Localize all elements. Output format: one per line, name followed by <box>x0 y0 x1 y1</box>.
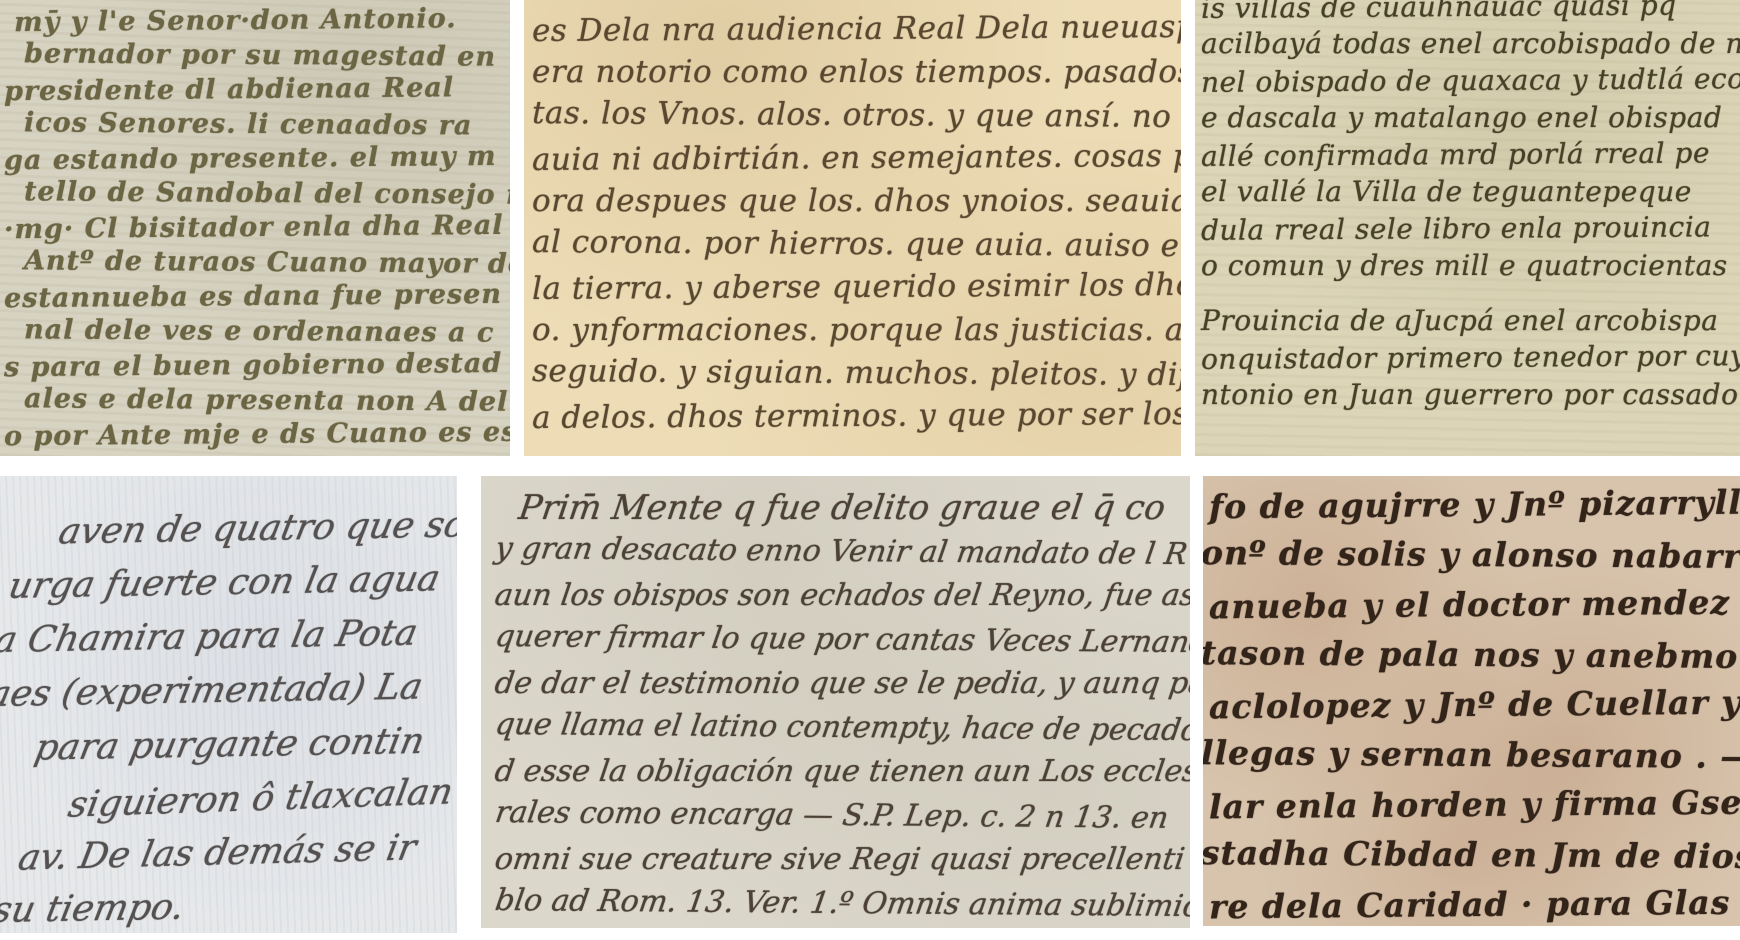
manuscript-text-line: seguido. y siguian. muchos. pleitos. y d… <box>532 350 1181 397</box>
manuscript-text-line: que llama el latino contempty, hace de p… <box>492 703 1190 753</box>
manuscript-text-line <box>1201 282 1740 304</box>
manuscript-text-line: dula rreal sele libro enla prouincia <box>1201 208 1740 249</box>
manuscript-text-line: nal dele ves e ordenanaes a c <box>24 313 510 351</box>
manuscript-text-line: blo ad Rom. 13. Ver. 1.º Omnis anima sub… <box>492 879 1190 928</box>
manuscript-text-line: ga estando presente. el muy m <box>4 140 510 179</box>
manuscript-text-line: aclolopez y Jnº de Cuellar y mjo <box>1209 678 1740 733</box>
manuscript-text-line: a delos. dhos terminos. y que por ser lo… <box>532 393 1181 440</box>
manuscript-panel-bottom-middle: Prim̄ Mente q fue delito graue el q̄ coy… <box>481 476 1190 928</box>
manuscript-text-line: Prouincia de aJucpá enel arcobispa <box>1201 302 1740 339</box>
manuscript-panel-top-left: mȳ y l'e Senor·don Antonio.bernador por … <box>0 0 510 456</box>
manuscript-text-line: el vallé la Villa de teguantepeque <box>1201 173 1740 210</box>
manuscript-text-line: acilbayá todas enel arcobispado de n <box>1201 25 1740 62</box>
manuscript-text-line: para purgante contin <box>30 714 457 775</box>
manuscript-text-line: querer firmar lo que por cantas Veces Le… <box>492 615 1190 665</box>
manuscript-text-line: tas. los Vnos. alos. otros. y que ansí. … <box>532 92 1181 139</box>
manuscript-text-line: onº de solis y alonso nabarrete <box>1203 528 1740 582</box>
manuscript-text-line: su tiempo. <box>0 876 457 933</box>
manuscript-text-line: urga fuerte con la agua <box>4 552 457 614</box>
manuscript-text-line: presidente dl abdienaa Real <box>4 71 510 110</box>
manuscript-figure-grid: mȳ y l'e Senor·don Antonio.bernador por … <box>0 0 1740 940</box>
manuscript-text-line: la tierra. y aberse querido esimir los d… <box>532 264 1181 311</box>
manuscript-text-line: is villas de cuauhnauac quasi pq <box>1201 0 1740 27</box>
manuscript-text-line: allé confirmada mrd porlá rreal pe <box>1201 134 1740 175</box>
manuscript-text-line: de dar el testimonio que se le pedia, y … <box>492 662 1190 706</box>
manuscript-text-line: aun los obispos son echados del Reyno, f… <box>492 574 1190 618</box>
manuscript-text-line: nel obispado de quaxaca y tudtlá ecos <box>1201 60 1740 101</box>
manuscript-text-line: aven de quatro que son <box>54 499 457 560</box>
manuscript-text-line: mȳ y l'e Senor·don Antonio. <box>14 2 510 41</box>
manuscript-text-line: onquistador primero tenedor por cuya <box>1201 337 1740 378</box>
manuscript-text-line: o por Ante mje e ds Cuano es este <box>4 416 510 455</box>
manuscript-text-line: e dascala y matalango enel obispad <box>1201 99 1740 136</box>
manuscript-text-line: estannueba es dana fue presen <box>4 278 510 317</box>
manuscript-text-line: rales como encarga — S.P. Lep. c. 2 n 13… <box>492 791 1190 841</box>
manuscript-text-line: lar enla horden y firma Gsepo <box>1209 778 1740 833</box>
manuscript-panel-top-middle: es Dela nra audiencia Real Dela nueuaspa… <box>524 0 1181 456</box>
manuscript-text-line: tello de Sandobal del consejo r <box>24 175 510 213</box>
manuscript-text-line: ora despues que los. dhos ynoios. seauia… <box>532 180 1181 223</box>
manuscript-text-line: a Chamira para la Pota <box>0 606 457 668</box>
manuscript-panel-bottom-left: aven de quatro que sonurga fuerte con la… <box>0 476 457 933</box>
manuscript-text-line: re dela Caridad · para Glas pso <box>1209 878 1740 926</box>
manuscript-text-line: ntonio en Juan guerrero por cassado·co <box>1201 376 1740 413</box>
manuscript-text-line: aes (experimentada) La <box>0 660 457 722</box>
manuscript-text-line: auia ni adbirtián. en semejantes. cosas … <box>532 135 1181 182</box>
manuscript-text-line: bernador por su magestad en <box>24 37 510 75</box>
manuscript-text-line: icos Senores. li cenaados ra <box>24 106 510 144</box>
manuscript-text-line: y gran desacato enno Venir al mandato de… <box>492 527 1190 577</box>
manuscript-text-line: av. De las demás se ir <box>14 820 457 885</box>
manuscript-text-line: tason de pala nos y anebmo de <box>1203 628 1740 682</box>
manuscript-text-line: d esse la obligación que tienen aun Los … <box>492 750 1190 794</box>
manuscript-text-line: es Dela nra audiencia Real Dela nueuaspa… <box>532 6 1181 53</box>
manuscript-text-line: o comun y dres mill e quatrocientas <box>1201 247 1740 284</box>
manuscript-text-line: s para el buen gobierno destad <box>4 347 510 386</box>
manuscript-text-line: era notorio como enlos tiempos. pasados.… <box>532 51 1181 94</box>
manuscript-text-line: ales e dela presenta non A del <box>24 382 510 420</box>
manuscript-text-line: anueba y el doctor mendez y <box>1209 578 1740 633</box>
manuscript-panel-top-right: is villas de cuauhnauac quasi pqacilbayá… <box>1195 0 1740 456</box>
manuscript-text-line: ·mg· Cl bisitador enla dha Real <box>4 209 510 248</box>
manuscript-panel-bottom-right: fo de agujrre y Jnº pizarryllo yonº de s… <box>1203 476 1740 926</box>
manuscript-text-line: Prim̄ Mente q fue delito graue el q̄ co <box>516 486 1190 530</box>
manuscript-text-line: fo de agujrre y Jnº pizarryllo y <box>1209 478 1740 533</box>
manuscript-text-line: omni sue creature sive Regi quasi precel… <box>492 838 1190 882</box>
manuscript-text-line: Antº de turaos Cuano mayor de <box>24 244 510 282</box>
manuscript-text-line: llegas y sernan besarano . — <box>1203 728 1740 782</box>
manuscript-text-line: stadha Cibdad en Jm de dios V <box>1203 828 1740 882</box>
manuscript-text-line: al corona. por hierros. que auia. auiso … <box>532 221 1181 268</box>
manuscript-text-line: o. ynformaciones. porque las justicias. … <box>532 309 1181 352</box>
